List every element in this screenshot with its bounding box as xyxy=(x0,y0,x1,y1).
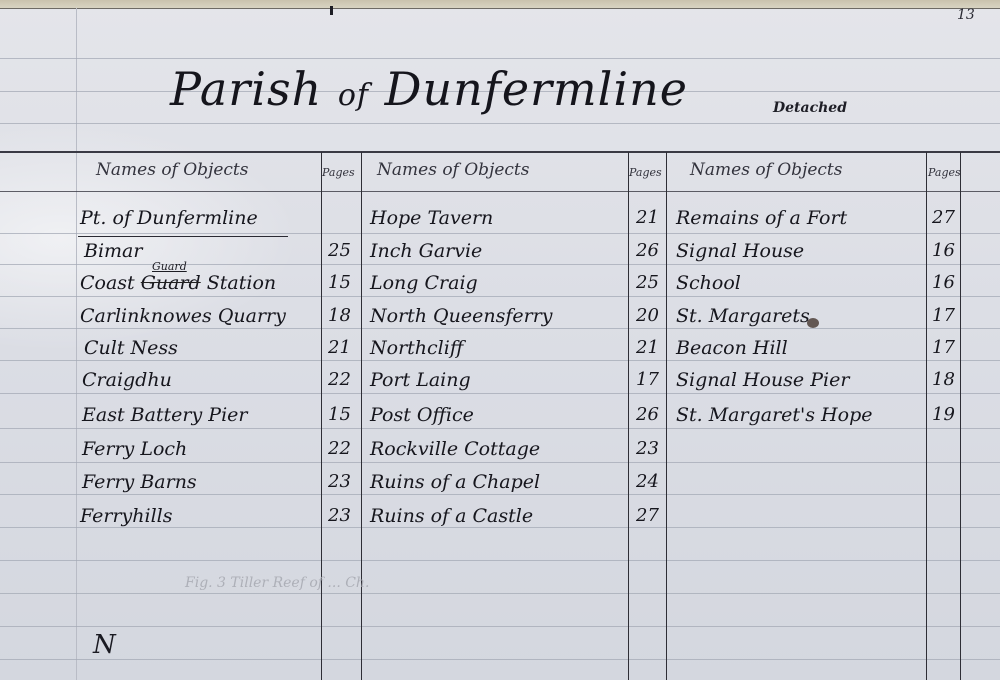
page-subtitle: Detached xyxy=(773,100,847,116)
ruled-line xyxy=(0,626,1000,627)
list-item-page: 20 xyxy=(636,305,659,326)
pencil-annotation: Fig. 3 Tiller Reef of ... Ch. xyxy=(185,575,369,591)
page-title: Parish of Dunfermline xyxy=(170,62,688,116)
list-item-name: Inch Garvie xyxy=(370,240,482,262)
ruled-line xyxy=(0,393,1000,394)
list-item-page: 23 xyxy=(636,438,659,459)
ruled-line xyxy=(0,58,1000,59)
list-item-page: 23 xyxy=(328,505,351,526)
ruled-line xyxy=(0,462,1000,463)
list-item-page: 17 xyxy=(932,337,955,358)
column-divider xyxy=(321,152,322,680)
list-item-name: Beacon Hill xyxy=(676,337,788,359)
list-item-name: Ruins of a Castle xyxy=(370,505,533,527)
list-item-page: 27 xyxy=(932,207,955,228)
list-item-page: 24 xyxy=(636,471,659,492)
list-item-name: Signal House xyxy=(676,240,804,262)
list-item-page: 17 xyxy=(932,305,955,326)
list-item-page: 21 xyxy=(636,207,659,228)
ink-blot xyxy=(807,318,819,328)
ruled-line xyxy=(0,494,1000,495)
column-header-names-3: Names of Objects xyxy=(690,160,842,180)
column-divider xyxy=(666,152,667,680)
ruled-line xyxy=(0,296,1000,297)
ruled-line xyxy=(0,360,1000,361)
ruled-line xyxy=(0,328,1000,329)
list-item-name: Cult Ness xyxy=(84,337,178,359)
list-item-page: 15 xyxy=(328,404,351,425)
struck-word: Guard xyxy=(141,272,201,294)
ledger-page: 13 Parish of Dunfermline Detached Names … xyxy=(0,0,1000,680)
ruled-line xyxy=(0,527,1000,528)
list-item-name: East Battery Pier xyxy=(82,404,247,426)
section-underline xyxy=(78,236,288,237)
ink-tick-mark xyxy=(330,6,333,15)
list-item-name: Craigdhu xyxy=(82,369,172,391)
list-item-page: 22 xyxy=(328,438,351,459)
list-item-page: 22 xyxy=(328,369,351,390)
ruled-line xyxy=(0,659,1000,660)
column-divider xyxy=(361,152,362,680)
inserted-correction: Guard xyxy=(152,260,187,273)
title-of: of xyxy=(338,78,369,113)
list-item-page: 18 xyxy=(328,305,351,326)
list-item-page: 25 xyxy=(636,272,659,293)
column-divider xyxy=(926,152,927,680)
list-item-name: Post Office xyxy=(370,404,474,426)
ruled-line xyxy=(0,233,1000,234)
column-header-names-2: Names of Objects xyxy=(377,160,529,180)
column-header-pages-1: Pages xyxy=(322,166,355,179)
list-item-name: Signal House Pier xyxy=(676,369,849,391)
list-item-page: 19 xyxy=(932,404,955,425)
list-item-name: School xyxy=(676,272,741,294)
margin-line xyxy=(76,8,77,680)
ruled-line xyxy=(0,593,1000,594)
ruled-line xyxy=(0,123,1000,124)
column-header-pages-2: Pages xyxy=(629,166,662,179)
list-item-name: Port Laing xyxy=(370,369,471,391)
list-item-name: Coast Guard Station xyxy=(80,272,276,294)
list-item-name: Pt. of Dunfermline xyxy=(80,207,258,229)
list-item-name: Ferry Barns xyxy=(82,471,197,493)
title-parish: Parish xyxy=(170,62,322,116)
list-item-name: Northcliff xyxy=(370,337,463,359)
list-item-name: North Queensferry xyxy=(370,305,553,327)
list-item-name: St. Margarets xyxy=(676,305,810,327)
list-item-page: 18 xyxy=(932,369,955,390)
list-item-page: 15 xyxy=(328,272,351,293)
list-item-name: Remains of a Fort xyxy=(676,207,847,229)
list-item-name: Rockville Cottage xyxy=(370,438,540,460)
list-item-name: Ferry Loch xyxy=(82,438,187,460)
list-item-name: Long Craig xyxy=(370,272,478,294)
list-item-page: 23 xyxy=(328,471,351,492)
column-header-pages-3: Pages xyxy=(928,166,961,179)
list-item-name: St. Margaret's Hope xyxy=(676,404,872,426)
list-item-page: 16 xyxy=(932,272,955,293)
list-item-page: 17 xyxy=(636,369,659,390)
column-divider xyxy=(960,152,961,680)
table-top-rule xyxy=(0,151,1000,153)
list-item-page: 26 xyxy=(636,240,659,261)
page-number: 13 xyxy=(957,7,975,23)
header-bottom-rule xyxy=(0,191,1000,192)
list-item-page: 16 xyxy=(932,240,955,261)
column-header-names-1: Names of Objects xyxy=(96,160,248,180)
list-item-name: Carlinknowes Quarry xyxy=(80,305,286,327)
list-item-page: 21 xyxy=(328,337,351,358)
list-item-name: Ferryhills xyxy=(80,505,173,527)
ruled-line xyxy=(0,264,1000,265)
list-item-page: 26 xyxy=(636,404,659,425)
column-divider xyxy=(628,152,629,680)
list-item-page: 27 xyxy=(636,505,659,526)
list-item-page: 21 xyxy=(636,337,659,358)
list-item-name: Ruins of a Chapel xyxy=(370,471,540,493)
ruled-line xyxy=(0,560,1000,561)
title-dunfermline: Dunfermline xyxy=(385,62,688,116)
list-item-page: 25 xyxy=(328,240,351,261)
margin-mark-n: N xyxy=(93,630,116,660)
page-top-edge xyxy=(0,0,1000,9)
list-item-name: Hope Tavern xyxy=(370,207,493,229)
ruled-line xyxy=(0,428,1000,429)
list-item-name: Bimar xyxy=(84,240,142,262)
